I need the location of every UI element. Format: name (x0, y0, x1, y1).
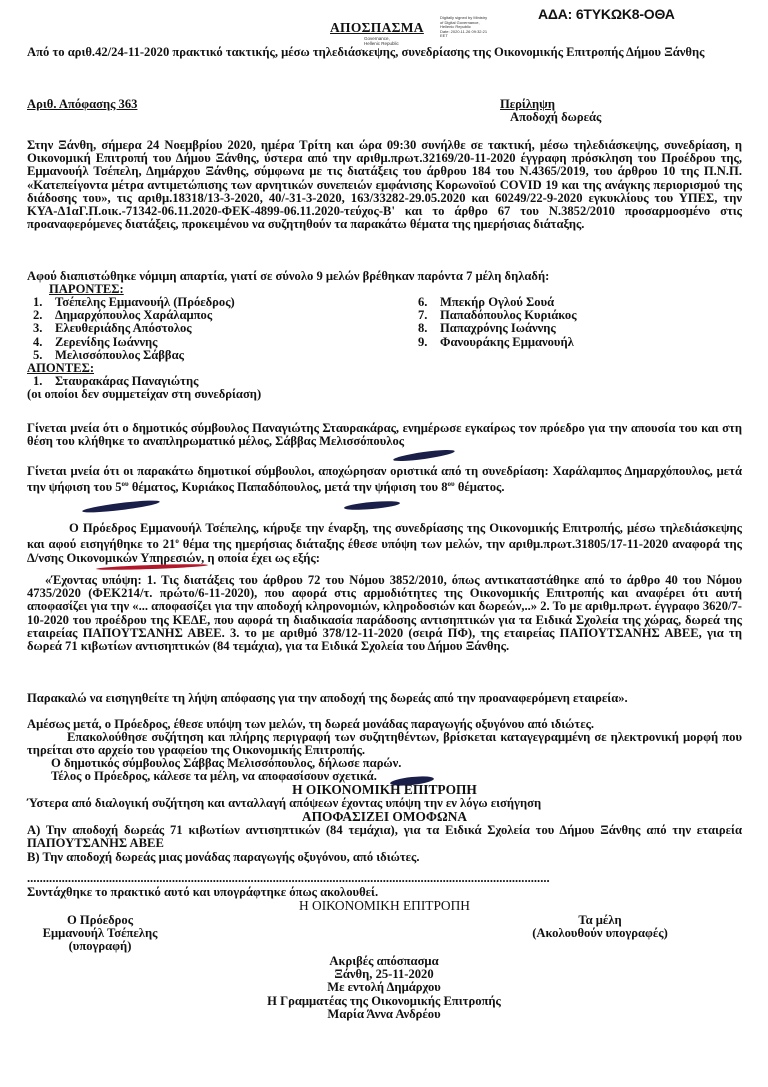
president-sign-note: (υπογραφή) (25, 940, 175, 953)
quote-text: «Έχοντας υπόψη: 1. Τις διατάξεις του άρθ… (27, 573, 742, 653)
ink-marker-blue (344, 500, 400, 512)
resolution-a: Α) Την αποδοχή δωρεάς 71 κιβωτίων αντιση… (27, 824, 742, 850)
certified-line: Μαρία Άννα Ανδρέου (0, 1008, 768, 1021)
note-text: θέματος, Κυριάκος Παπαδόπουλος, μετά την… (129, 480, 448, 494)
member-item: 3.Ελευθεριάδης Απόστολος (33, 322, 393, 335)
session-paragraph: Στην Ξάνθη, σήμερα 24 Νοεμβρίου 2020, ημ… (27, 139, 742, 231)
member-name: Ζερενίδης Ιωάννης (55, 336, 157, 349)
members-signature: Τα μέλη (Ακολουθούν υπογραφές) (510, 914, 690, 940)
committee-heading: Η ΟΙΚΟΝΟΜΙΚΗ ΕΠΙΤΡΟΠΗ (27, 783, 742, 796)
member-item: 9.Φανουράκης Εμμανουήλ (418, 336, 738, 349)
request-paragraph: Παρακαλώ να εισηγηθείτε τη λήψη απόφασης… (27, 692, 742, 705)
summary-text: Αποδοχή δωρεάς (500, 111, 601, 124)
note-substitute: Γίνεται μνεία ότι ο δημοτικός σύμβουλος … (27, 422, 742, 448)
present-list-left: 1.Τσέπελης Εμμανουήλ (Πρόεδρος)2.Δημαρχό… (33, 296, 393, 362)
president-signature: Ο Πρόεδρος Εμμανουήλ Τσέπελης (υπογραφή) (25, 914, 175, 954)
signature-committee: Η ΟΙΚΟΝΟΜΙΚΗ ΕΠΙΤΡΟΠΗ (27, 899, 742, 912)
ink-marker-blue (393, 448, 455, 464)
ada-code: ΑΔΑ: 6ΤΥΚΩΚ8-ΟΘΑ (538, 8, 675, 21)
member-name: Παπαχρόνης Ιωάννης (440, 322, 556, 335)
certified-line: Η Γραμματέας της Οικονομικής Επιτροπής (0, 995, 768, 1008)
member-item: 4.Ζερενίδης Ιωάννης (33, 336, 393, 349)
ordinal-suffix: ου (122, 480, 129, 488)
digital-signature-stamp: Digitally signed by Ministry of Digital … (440, 16, 530, 39)
certified-line: Με εντολή Δημάρχου (0, 981, 768, 994)
decides-unanimously: ΑΠΟΦΑΣΙΖΕΙ ΟΜΟΦΩΝΑ (27, 810, 742, 823)
absent-note: (οι οποίοι δεν συμμετείχαν στη συνεδρίασ… (27, 388, 742, 401)
opening-paragraph: Ο Πρόεδρος Εμμανουήλ Τσέπελης, κήρυξε τη… (27, 522, 742, 565)
discussion-text: Επακολούθησε συζήτηση και πλήρης περιγρα… (27, 730, 742, 757)
dotted-separator: ........................................… (27, 872, 657, 885)
decision-number: Αριθ. Απόφασης 363 (27, 98, 742, 111)
certified-copy-block: Ακριβές απόσπασμα Ξάνθη, 25-11-2020 Με ε… (0, 955, 768, 1021)
present-list-right: 6.Μπεκήρ Ογλού Σουά7.Παπαδόπουλος Κυριάκ… (418, 296, 738, 349)
stamp-line: EET (440, 34, 530, 39)
document-page: ΑΔΑ: 6ΤΥΚΩΚ8-ΟΘΑ ΑΠΟΣΠΑΣΜΑ Digitally sig… (0, 0, 768, 1087)
member-name: Ελευθεριάδης Απόστολος (55, 322, 192, 335)
member-name: Φανουράκης Εμμανουήλ (440, 336, 574, 349)
present-heading: ΠΑΡΟΝΤΕΣ: (49, 282, 124, 296)
member-number: 8. (418, 322, 440, 335)
quorum-paragraph: Αφού διαπιστώθηκε νόμιμη απαρτία, γιατί … (27, 270, 742, 283)
member-number: 3. (33, 322, 55, 335)
document-title: ΑΠΟΣΠΑΣΜΑ (330, 21, 424, 34)
summary-block: Περίληψη Αποδοχή δωρεάς (500, 98, 601, 124)
ordinal-suffix: ου (448, 480, 455, 488)
discussion-paragraph: Επακολούθησε συζήτηση και πλήρης περιγρα… (27, 731, 742, 757)
member-item: 8.Παπαχρόνης Ιωάννης (418, 322, 738, 335)
member-number: 4. (33, 336, 55, 349)
absent-heading: ΑΠΟΝΤΕΣ: (27, 361, 94, 375)
report-quote: «Έχοντας υπόψη: 1. Τις διατάξεις του άρθ… (27, 574, 742, 653)
members-sign-note: (Ακολουθούν υπογραφές) (510, 927, 690, 940)
intro-paragraph: Από το αριθ.42/24-11-2020 πρακτικό τακτι… (27, 46, 742, 59)
note-departures: Γίνεται μνεία ότι οι παρακάτω δημοτικοί … (27, 465, 742, 495)
note-text: θέματος. (455, 480, 505, 494)
decision-number-label: Αριθ. Απόφασης 363 (27, 97, 137, 111)
ink-marker-blue (82, 498, 160, 514)
resolution-b: Β) Την αποδοχή δωρεάς μιας μονάδας παραγ… (27, 851, 742, 864)
member-number: 9. (418, 336, 440, 349)
